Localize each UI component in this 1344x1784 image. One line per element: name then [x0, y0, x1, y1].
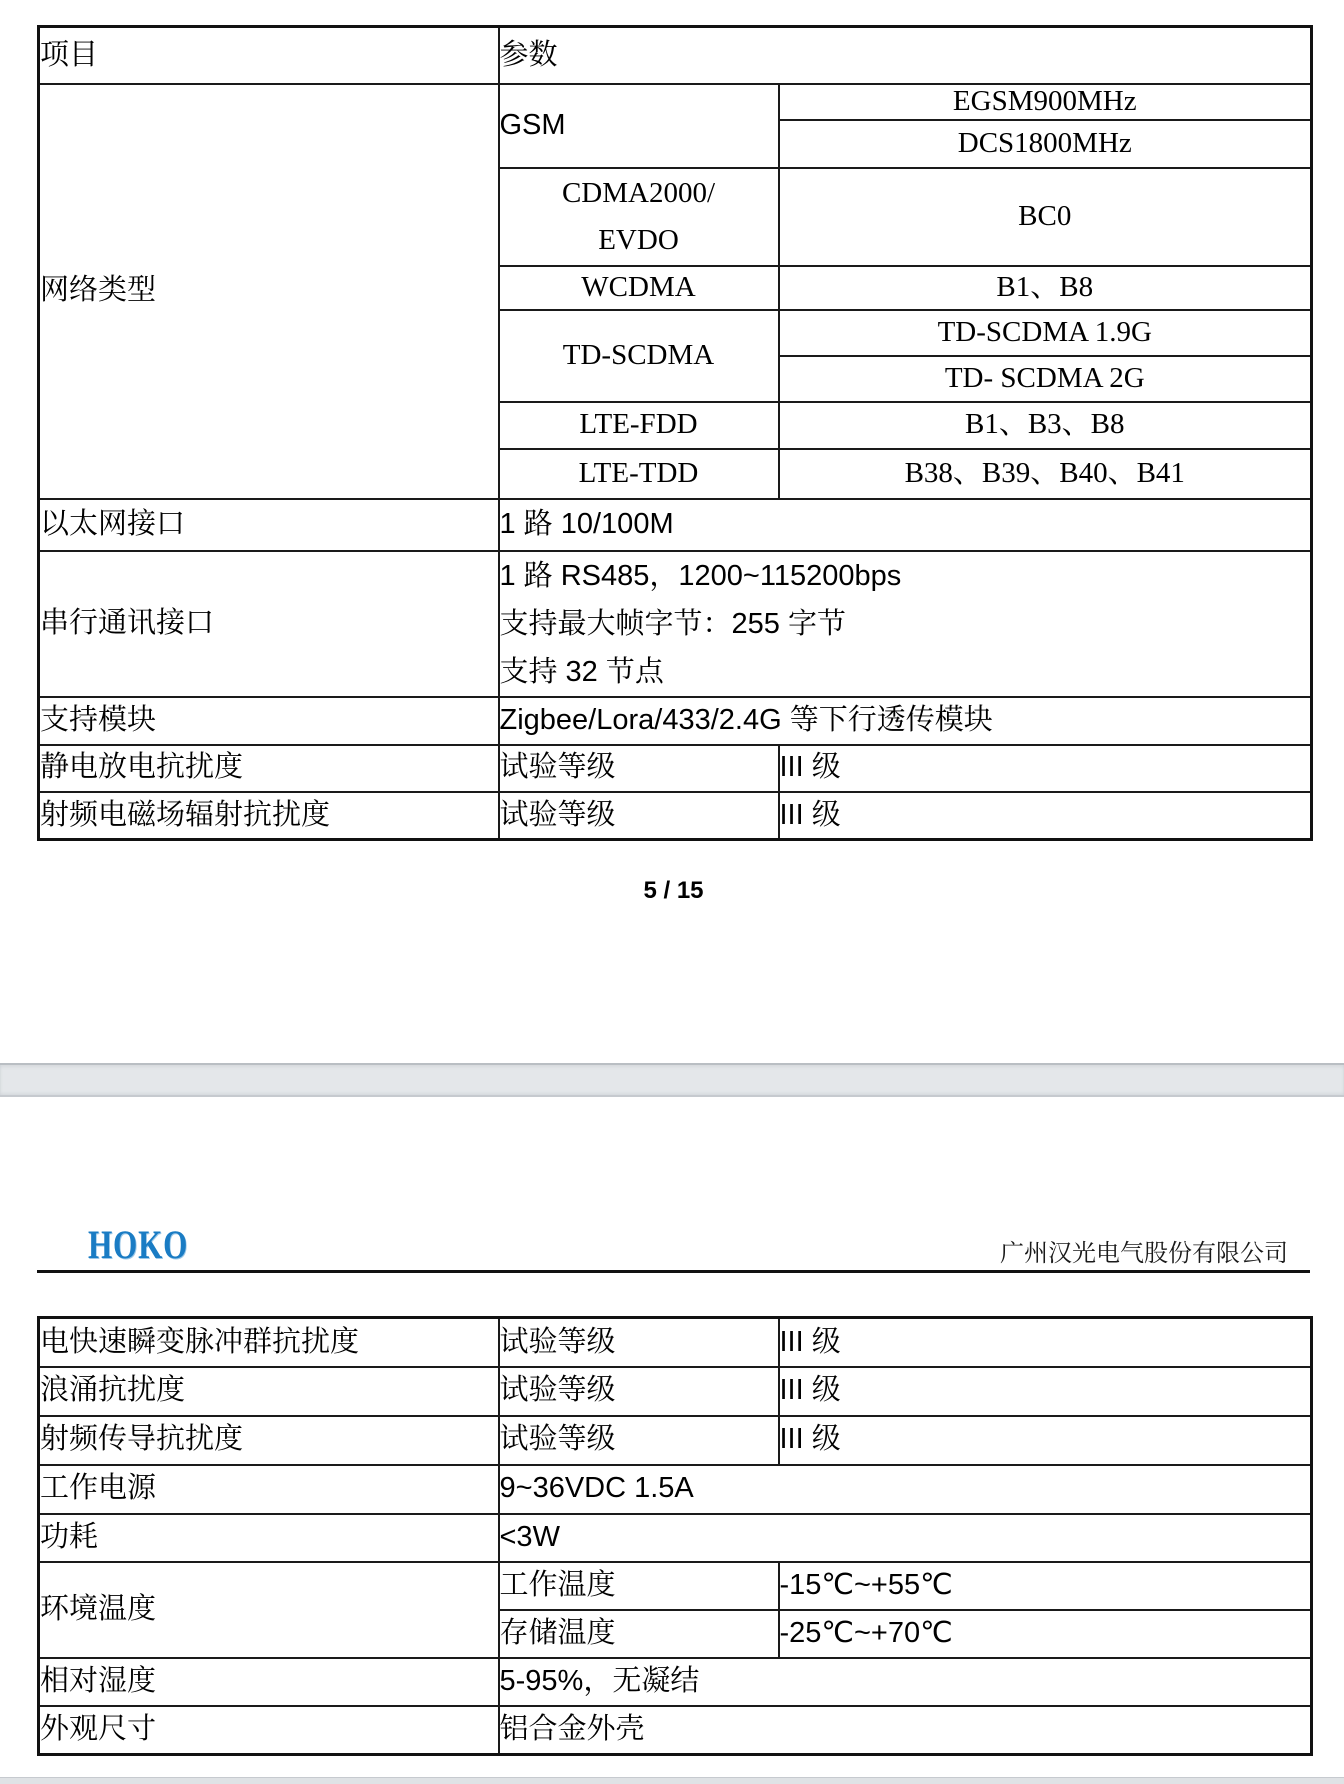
network-tdscdma-label: TD-SCDMA: [499, 310, 779, 402]
surge-level-label: 试验等级: [499, 1367, 779, 1416]
header-item: 项目: [39, 27, 499, 84]
row-surge: 浪涌抗扰度 试验等级 III 级: [39, 1367, 1312, 1416]
network-tdscdma-band-2: TD- SCDMA 2G: [779, 356, 1312, 402]
eft-level-label: 试验等级: [499, 1318, 779, 1367]
module-value: Zigbee/Lora/433/2.4G 等下行透传模块: [499, 697, 1312, 745]
row-env-temp-1: 环境温度 工作温度 -15℃~+55℃: [39, 1562, 1312, 1610]
spec-table-page5: 项目 参数 网络类型 GSM EGSM900MHz DCS1800MHz CDM…: [37, 25, 1313, 841]
network-ltetdd-label: LTE-TDD: [499, 449, 779, 499]
rf-field-level-label: 试验等级: [499, 792, 779, 840]
hoko-logo: HOKO: [88, 1225, 188, 1265]
network-gsm-band-1: EGSM900MHz: [779, 84, 1312, 120]
enclosure-label: 外观尺寸: [39, 1706, 499, 1755]
eft-label: 电快速瞬变脉冲群抗扰度: [39, 1318, 499, 1367]
esd-level-label: 试验等级: [499, 745, 779, 792]
network-tdscdma-band-1: TD-SCDMA 1.9G: [779, 310, 1312, 356]
consumption-value: <3W: [499, 1514, 1312, 1562]
esd-level: III 级: [779, 745, 1312, 792]
enclosure-value: 铝合金外壳: [499, 1706, 1312, 1755]
header-rule: [37, 1270, 1310, 1273]
network-gsm-band-2: DCS1800MHz: [779, 120, 1312, 168]
row-eft: 电快速瞬变脉冲群抗扰度 试验等级 III 级: [39, 1318, 1312, 1367]
page-separator: [0, 1063, 1344, 1097]
eft-level: III 级: [779, 1318, 1312, 1367]
row-power: 工作电源 9~36VDC 1.5A: [39, 1465, 1312, 1514]
surge-level: III 级: [779, 1367, 1312, 1416]
storage-temp-label: 存储温度: [499, 1610, 779, 1658]
row-enclosure: 外观尺寸 铝合金外壳: [39, 1706, 1312, 1755]
row-esd: 静电放电抗扰度 试验等级 III 级: [39, 745, 1312, 792]
rf-conducted-level-label: 试验等级: [499, 1416, 779, 1465]
row-consumption: 功耗 <3W: [39, 1514, 1312, 1562]
row-ethernet: 以太网接口 1 路 10/100M: [39, 499, 1312, 551]
serial-value: 1 路 RS485，1200~115200bps 支持最大帧字节：255 字节 …: [499, 551, 1312, 697]
power-label: 工作电源: [39, 1465, 499, 1514]
working-temp-label: 工作温度: [499, 1562, 779, 1610]
table-header-row: 项目 参数: [39, 27, 1312, 84]
esd-label: 静电放电抗扰度: [39, 745, 499, 792]
rf-field-level: III 级: [779, 792, 1312, 840]
power-value: 9~36VDC 1.5A: [499, 1465, 1312, 1514]
row-serial: 串行通讯接口 1 路 RS485，1200~115200bps 支持最大帧字节：…: [39, 551, 1312, 697]
row-humidity: 相对湿度 5-95%，无凝结: [39, 1658, 1312, 1706]
serial-line-2: 支持最大帧字节：255 字节: [500, 600, 1311, 648]
serial-line-3: 支持 32 节点: [500, 648, 1311, 696]
network-wcdma-label: WCDMA: [499, 266, 779, 310]
module-label: 支持模块: [39, 697, 499, 745]
network-wcdma-band: B1、B8: [779, 266, 1312, 310]
rf-conducted-level: III 级: [779, 1416, 1312, 1465]
network-ltefdd-band: B1、B3、B8: [779, 402, 1312, 449]
network-cdma-label: CDMA2000/ EVDO: [499, 168, 779, 266]
network-ltefdd-label: LTE-FDD: [499, 402, 779, 449]
pdf-document-view: { "page1": { "table": { "header": { "ite…: [0, 0, 1344, 1784]
consumption-label: 功耗: [39, 1514, 499, 1562]
page-number: 5 / 15: [37, 876, 1310, 906]
env-temp-label: 环境温度: [39, 1562, 499, 1658]
serial-line-1: 1 路 RS485，1200~115200bps: [500, 552, 1311, 600]
network-cdma-band: BC0: [779, 168, 1312, 266]
humidity-value: 5-95%，无凝结: [499, 1658, 1312, 1706]
humidity-label: 相对湿度: [39, 1658, 499, 1706]
cdma-label-line1: CDMA2000/: [500, 170, 778, 217]
company-name: 广州汉光电气股份有限公司: [1000, 1240, 1288, 1268]
header-param: 参数: [499, 27, 1312, 84]
row-network-gsm-1: 网络类型 GSM EGSM900MHz: [39, 84, 1312, 120]
row-rf-field: 射频电磁场辐射抗扰度 试验等级 III 级: [39, 792, 1312, 840]
network-ltetdd-band: B38、B39、B40、B41: [779, 449, 1312, 499]
storage-temp-range: -25℃~+70℃: [779, 1610, 1312, 1658]
cdma-label-line2: EVDO: [500, 217, 778, 264]
rf-conducted-label: 射频传导抗扰度: [39, 1416, 499, 1465]
spec-table-page6: 电快速瞬变脉冲群抗扰度 试验等级 III 级 浪涌抗扰度 试验等级 III 级 …: [37, 1316, 1313, 1756]
surge-label: 浪涌抗扰度: [39, 1367, 499, 1416]
network-gsm-label: GSM: [499, 84, 779, 168]
ethernet-label: 以太网接口: [39, 499, 499, 551]
serial-label: 串行通讯接口: [39, 551, 499, 697]
row-module: 支持模块 Zigbee/Lora/433/2.4G 等下行透传模块: [39, 697, 1312, 745]
row-rf-conducted: 射频传导抗扰度 试验等级 III 级: [39, 1416, 1312, 1465]
ethernet-value: 1 路 10/100M: [499, 499, 1312, 551]
rf-field-label: 射频电磁场辐射抗扰度: [39, 792, 499, 840]
working-temp-range: -15℃~+55℃: [779, 1562, 1312, 1610]
network-type-label: 网络类型: [39, 84, 499, 499]
next-page-separator-edge: [0, 1777, 1344, 1784]
